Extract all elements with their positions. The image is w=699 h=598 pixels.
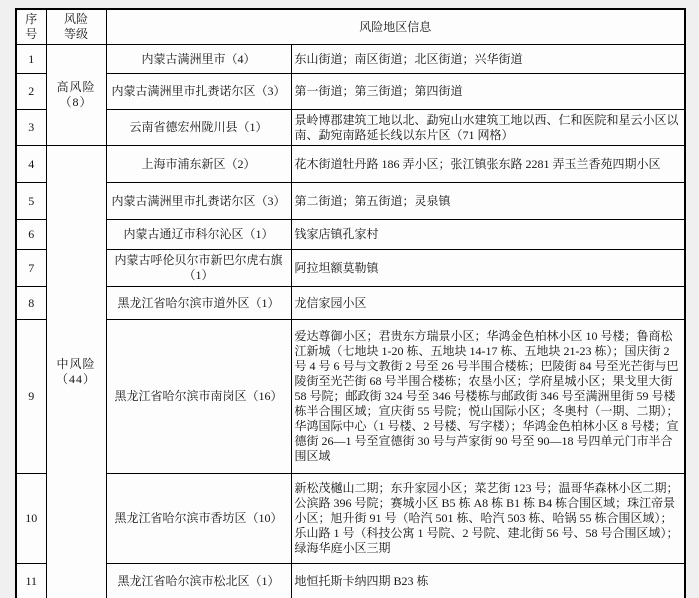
region-detail: 龙信家园小区 (291, 287, 685, 320)
row-number: 6 (16, 220, 46, 250)
region-detail: 爱达尊御小区；君贵东方瑞景小区；华鸿金色柏林小区 10 号楼；鲁商松江新城（七地… (291, 320, 685, 474)
risk-level-high: 高风险 （8） (46, 45, 106, 146)
row-number: 7 (16, 250, 46, 287)
region-name: 内蒙古通辽市科尔沁区（1） (106, 220, 291, 250)
row-number: 2 (16, 74, 46, 110)
region-name: 黑龙江省哈尔滨市南岗区（16） (106, 320, 291, 474)
region-name: 上海市浦东新区（2） (106, 146, 291, 183)
table-row: 6 内蒙古通辽市科尔沁区（1） 钱家店镇孔家村 (16, 220, 685, 250)
table-row: 2 内蒙古满洲里市扎赉诺尔区（3） 第一街道；第三街道；第四街道 (16, 74, 685, 110)
table-row: 1 高风险 （8） 内蒙古满洲里市（4） 东山街道；南区街道；北区街道；兴华街道 (16, 45, 685, 74)
region-name: 黑龙江省哈尔滨市松北区（1） (106, 564, 291, 598)
region-detail: 花木街道牡丹路 186 弄小区；张江镇张东路 2281 弄玉兰香苑四期小区 (291, 146, 685, 183)
risk-area-page: 序 号 风险 等级 风险地区信息 1 高风险 （8） 内蒙古满洲里市（4） 东山… (0, 0, 699, 598)
region-detail: 第二街道；第五街道；灵泉镇 (291, 183, 685, 220)
header-risk-level: 风险 等级 (46, 9, 106, 45)
risk-area-table: 序 号 风险 等级 风险地区信息 1 高风险 （8） 内蒙古满洲里市（4） 东山… (15, 8, 686, 598)
region-name: 内蒙古满洲里市扎赉诺尔区（3） (106, 74, 291, 110)
table-row: 8 黑龙江省哈尔滨市道外区（1） 龙信家园小区 (16, 287, 685, 320)
region-detail: 地恒托斯卡纳四期 B23 栋 (291, 564, 685, 598)
region-detail: 东山街道；南区街道；北区街道；兴华街道 (291, 45, 685, 74)
table-header-row: 序 号 风险 等级 风险地区信息 (16, 9, 685, 45)
row-number: 10 (16, 474, 46, 564)
table-row: 3 云南省德宏州陇川县（1） 景岭博郡建筑工地以北、勐宛山水建筑工地以西、仁和医… (16, 110, 685, 146)
region-name: 内蒙古呼伦贝尔市新巴尔虎右旗（1） (106, 250, 291, 287)
region-detail: 钱家店镇孔家村 (291, 220, 685, 250)
region-detail: 景岭博郡建筑工地以北、勐宛山水建筑工地以西、仁和医院和星云小区以南、勐宛南路延长… (291, 110, 685, 146)
region-name: 内蒙古满洲里市（4） (106, 45, 291, 74)
region-name: 黑龙江省哈尔滨市道外区（1） (106, 287, 291, 320)
row-number: 4 (16, 146, 46, 183)
table-row: 7 内蒙古呼伦贝尔市新巴尔虎右旗（1） 阿拉坦额莫勒镇 (16, 250, 685, 287)
row-number: 8 (16, 287, 46, 320)
region-detail: 阿拉坦额莫勒镇 (291, 250, 685, 287)
region-name: 云南省德宏州陇川县（1） (106, 110, 291, 146)
region-detail: 第一街道；第三街道；第四街道 (291, 74, 685, 110)
header-risk-area-info: 风险地区信息 (106, 9, 685, 45)
region-detail: 新松茂樾山二期；东升家园小区；菜艺街 123 号；温哥华森林小区二期；公滨路 3… (291, 474, 685, 564)
table-row: 4 中风险 （44） 上海市浦东新区（2） 花木街道牡丹路 186 弄小区；张江… (16, 146, 685, 183)
table-row: 5 内蒙古满洲里市扎赉诺尔区（3） 第二街道；第五街道；灵泉镇 (16, 183, 685, 220)
risk-level-medium: 中风险 （44） (46, 146, 106, 598)
row-number: 3 (16, 110, 46, 146)
row-number: 5 (16, 183, 46, 220)
row-number: 1 (16, 45, 46, 74)
header-serial-number: 序 号 (16, 9, 46, 45)
row-number: 11 (16, 564, 46, 598)
table-row: 10 黑龙江省哈尔滨市香坊区（10） 新松茂樾山二期；东升家园小区；菜艺街 12… (16, 474, 685, 564)
region-name: 内蒙古满洲里市扎赉诺尔区（3） (106, 183, 291, 220)
region-name: 黑龙江省哈尔滨市香坊区（10） (106, 474, 291, 564)
row-number: 9 (16, 320, 46, 474)
table-row: 11 黑龙江省哈尔滨市松北区（1） 地恒托斯卡纳四期 B23 栋 (16, 564, 685, 598)
table-row: 9 黑龙江省哈尔滨市南岗区（16） 爱达尊御小区；君贵东方瑞景小区；华鸿金色柏林… (16, 320, 685, 474)
